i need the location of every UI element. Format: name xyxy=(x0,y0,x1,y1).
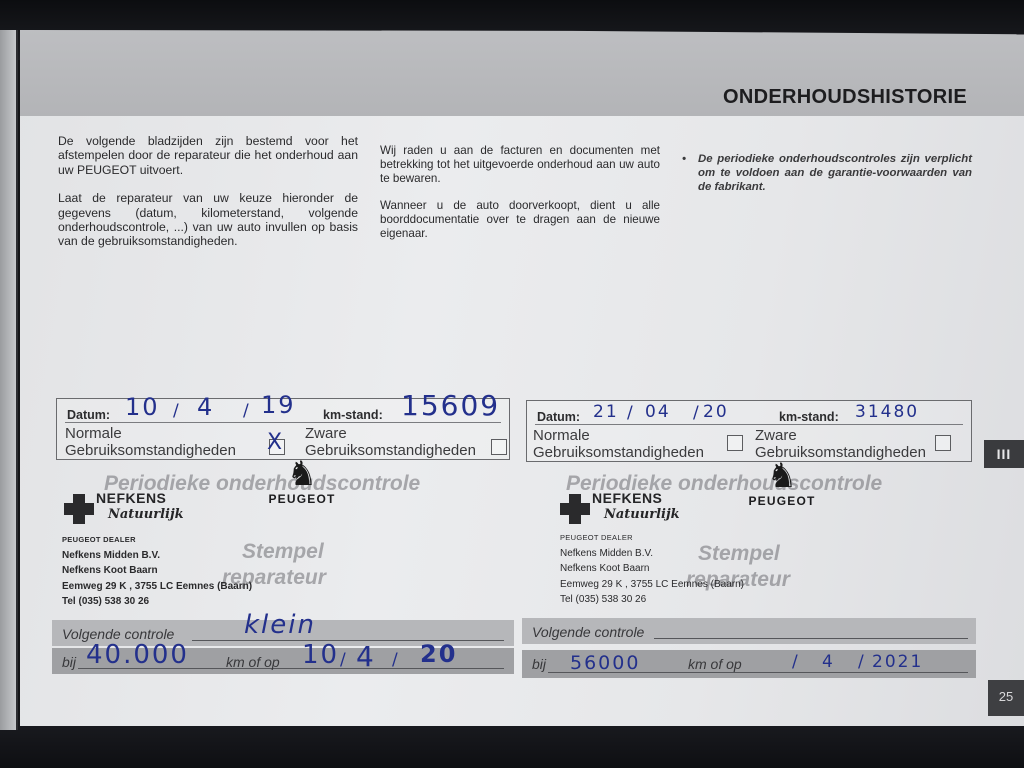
datum-year[interactable]: 19 xyxy=(261,391,296,419)
check-mark-icon: X xyxy=(267,430,284,455)
nefkens-cross-icon xyxy=(560,494,590,524)
datum-row: Datum: 10 / 4 / 19 km-stand: 15609 xyxy=(65,403,501,423)
peugeot-logo: ♞ PEUGEOT xyxy=(252,456,352,506)
maintenance-record-1: Datum: 10 / 4 / 19 km-stand: 15609 Norma… xyxy=(52,392,514,684)
datum-month[interactable]: 4 xyxy=(197,393,214,421)
bij-label: bij xyxy=(532,656,546,672)
previous-page-edge xyxy=(0,30,18,730)
km-stand-value[interactable]: 31480 xyxy=(855,402,919,422)
section-tab-marker: III xyxy=(984,440,1024,468)
peugeot-lion-icon: ♞ xyxy=(732,458,832,494)
dealer-stamp-area: Periodieke onderhoudscontrole NEFKENS Na… xyxy=(56,462,510,622)
warranty-note: • De periodieke onderhoudscontroles zijn… xyxy=(682,152,972,195)
next-year-value[interactable]: 20 xyxy=(420,640,457,668)
next-km-value[interactable]: 40.000 xyxy=(86,640,189,670)
intro-paragraph: Laat de reparateur van uw keuze hieronde… xyxy=(58,191,358,249)
next-month-value[interactable]: 4 xyxy=(356,640,376,673)
next-service-row: bij 40.000 km of op 10 / 4 / 20 xyxy=(52,648,514,674)
dealer-stamp-area: Periodieke onderhoudscontrole NEFKENS Na… xyxy=(526,464,972,624)
intro-paragraph: De volgende bladzijden zijn bestemd voor… xyxy=(58,134,358,177)
intro-paragraph: Wij raden u aan de facturen en documente… xyxy=(380,144,660,185)
datum-month[interactable]: 04 xyxy=(645,402,671,422)
peugeot-lion-icon: ♞ xyxy=(252,456,352,492)
date-separator: / xyxy=(173,401,181,421)
page-number: 25 xyxy=(988,680,1024,716)
next-year-value[interactable]: 2021 xyxy=(872,652,923,672)
km-stand-label: km-stand: xyxy=(779,410,839,424)
warranty-note-text: De periodieke onderhoudscontroles zijn v… xyxy=(682,152,972,195)
normale-label: Normale Gebruiksomstandigheden xyxy=(65,425,236,459)
normale-checkbox[interactable] xyxy=(727,435,743,451)
maintenance-record-2: Datum: 21 / 04 / 20 km-stand: 31480 Norm… xyxy=(522,394,976,686)
datum-label: Datum: xyxy=(67,408,110,422)
next-km-value[interactable]: 56000 xyxy=(570,652,640,674)
volgende-controle-value[interactable]: klein xyxy=(244,610,316,640)
nefkens-cross-icon xyxy=(64,494,94,524)
zware-label: Zware Gebruiksomstandigheden xyxy=(305,425,476,459)
km-stand-label: km-stand: xyxy=(323,408,383,422)
next-day-value[interactable]: 10 xyxy=(302,640,339,670)
bullet-icon: • xyxy=(682,152,686,166)
km-of-op-label: km of op xyxy=(688,656,742,672)
volgende-controle-label: Volgende controle xyxy=(532,624,644,640)
peugeot-logo: ♞ PEUGEOT xyxy=(732,458,832,508)
intro-column-1: De volgende bladzijden zijn bestemd voor… xyxy=(58,134,358,263)
background-bottom xyxy=(0,720,1024,768)
zware-checkbox[interactable] xyxy=(491,439,507,455)
next-service-row: bij 56000 km of op / 4 / 2021 xyxy=(522,650,976,678)
intro-column-2: Wij raden u aan de facturen en documente… xyxy=(380,144,660,255)
record-header-box: Datum: 10 / 4 / 19 km-stand: 15609 Norma… xyxy=(56,398,510,460)
record-header-box: Datum: 21 / 04 / 20 km-stand: 31480 Norm… xyxy=(526,400,972,462)
km-stand-value[interactable]: 15609 xyxy=(401,389,500,422)
datum-year[interactable]: 20 xyxy=(703,402,729,422)
normale-label: Normale Gebruiksomstandigheden xyxy=(533,427,704,461)
datum-day[interactable]: 21 xyxy=(593,402,619,422)
date-separator: / xyxy=(243,401,251,421)
datum-label: Datum: xyxy=(537,410,580,424)
bij-label: bij xyxy=(62,654,76,670)
dealer-address: PEUGEOT DEALER Nefkens Midden B.V. Nefke… xyxy=(560,530,744,608)
next-month-value[interactable]: 4 xyxy=(822,652,835,672)
zware-checkbox[interactable] xyxy=(935,435,951,451)
volgende-controle-row: Volgende controle xyxy=(522,618,976,644)
km-of-op-label: km of op xyxy=(226,654,280,670)
dealer-address: PEUGEOT DEALER Nefkens Midden B.V. Nefke… xyxy=(62,532,252,610)
intro-paragraph: Wanneer u de auto doorverkoopt, dient u … xyxy=(380,199,660,240)
zware-label: Zware Gebruiksomstandigheden xyxy=(755,427,926,461)
page-title: ONDERHOUDSHISTORIE xyxy=(723,86,967,109)
normale-checkbox[interactable]: X xyxy=(269,439,285,455)
datum-row: Datum: 21 / 04 / 20 km-stand: 31480 xyxy=(535,405,963,425)
stempel-label: Stempel xyxy=(242,540,324,564)
datum-day[interactable]: 10 xyxy=(125,393,160,421)
